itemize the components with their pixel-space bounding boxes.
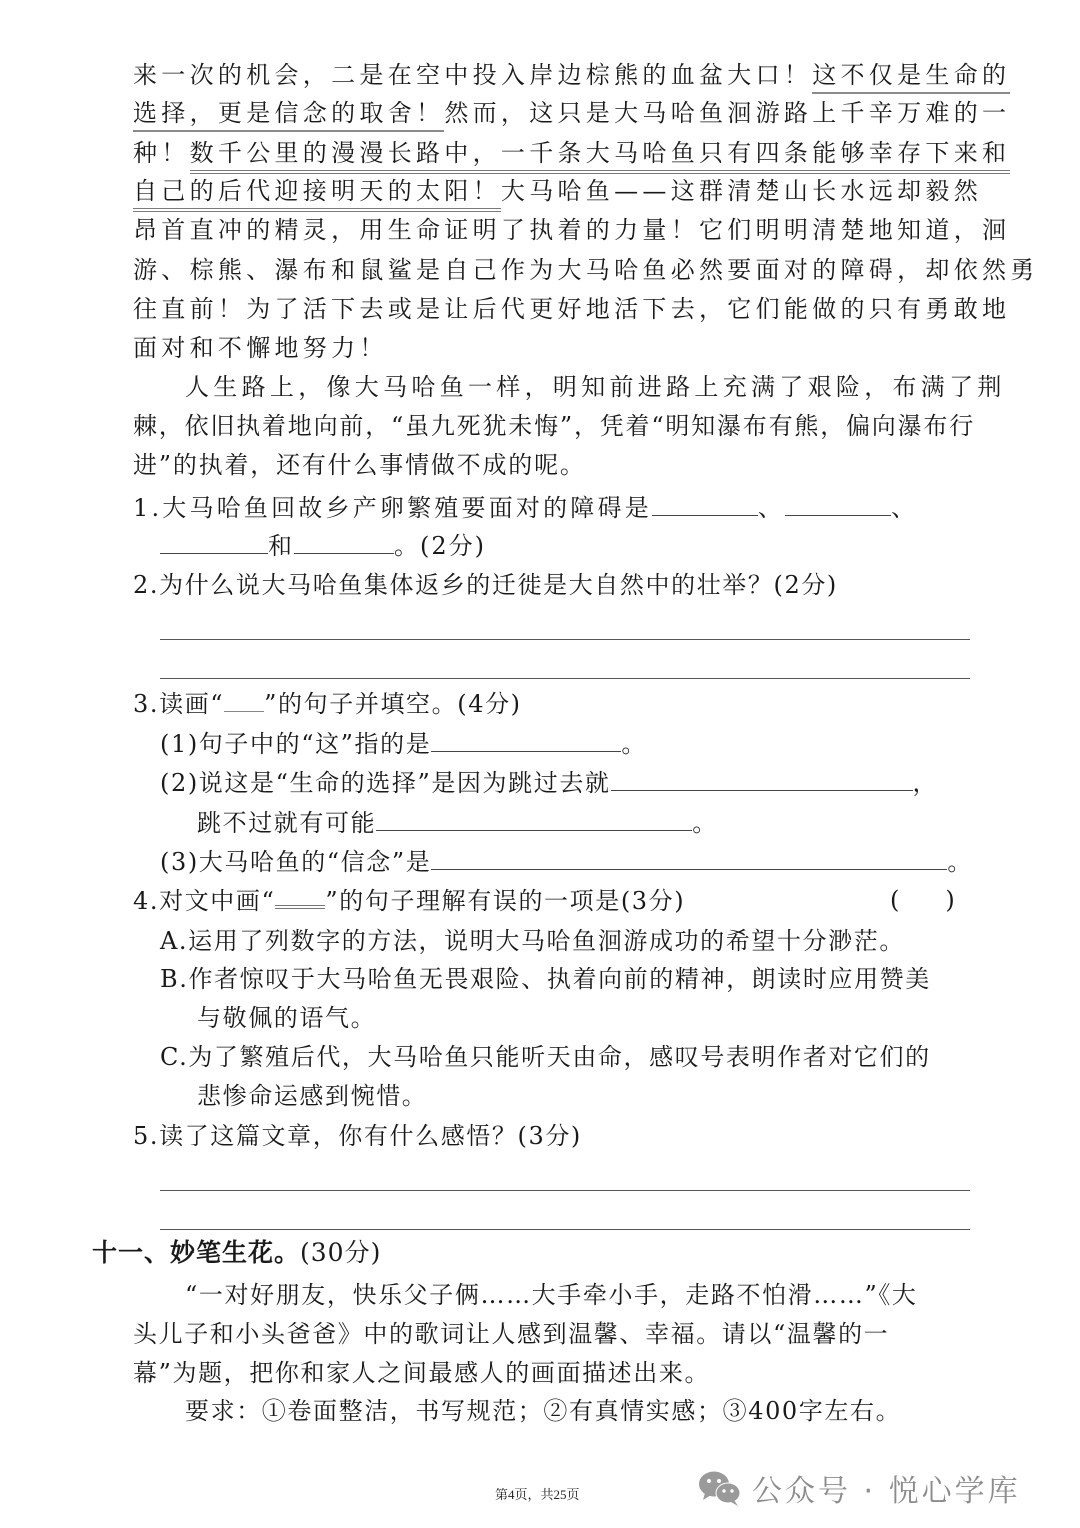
answer-blank-3-3[interactable]	[431, 844, 947, 870]
section-score: (30分)	[300, 1238, 381, 1267]
essay-prompt-line-3: 幕”为题，把你和家人之间最感人的画面描述出来。	[133, 1356, 973, 1390]
sub-question-text: (2)说这是“生命的选择”是因为跳过去就	[160, 769, 611, 797]
question-4: 4.对文中画“”的句子理解有误的一项是(3分)	[133, 883, 973, 917]
answer-blank-2[interactable]	[785, 490, 891, 516]
question-1: 1.大马哈鱼回故乡产卵繁殖要面对的障碍是、、	[133, 490, 973, 524]
answer-blank-3-2b[interactable]	[376, 805, 692, 831]
answer-blank-3-1[interactable]	[431, 726, 621, 752]
passage-text: 来一次的机会，二是在空中投入岸边棕熊的血盆大口！	[133, 61, 812, 89]
answer-line-q5-2[interactable]	[160, 1229, 970, 1230]
passage-line-5: 昂首直冲的精灵，用生命证明了执着的力量！它们明明清楚地知道，洄	[133, 213, 973, 247]
passage-line-3: 种！数千公里的漫漫长路中，一千条大马哈鱼只有四条能够幸存下来和	[133, 136, 973, 170]
period: 。	[947, 848, 973, 876]
double-underline-sample	[275, 883, 325, 909]
page-number: 第4页，共25页	[495, 1484, 580, 1503]
passage-line-6: 游、棕熊、瀑布和鼠鲨是自己作为大马哈鱼必然要面对的障碍，却依然勇	[133, 253, 973, 287]
section-title-text: 十一、妙笔生花。	[92, 1238, 300, 1267]
essay-requirements: 要求：①卷面整洁，书写规范；②有真情实感；③400字左右。	[185, 1394, 975, 1428]
passage-line-4: 自己的后代迎接明天的太阳！大马哈鱼——这群清楚山长水远却毅然	[133, 174, 973, 208]
watermark: 公众号 · 悦心学库	[698, 1466, 1021, 1510]
question-score: 。(2分)	[394, 532, 486, 560]
sub-question-text: 跳不过就有可能	[197, 809, 376, 837]
option-b: B.作者惊叹于大马哈鱼无畏艰险、执着向前的精神，朗读时应用赞美	[160, 962, 1000, 996]
question-1-text: 1.大马哈鱼回故乡产卵繁殖要面对的障碍是	[133, 494, 652, 522]
underlined-sentence-double: 数千公里的漫漫长路中，一千条大马哈鱼只有四条能够幸存下来和	[190, 139, 1011, 174]
passage-line-2: 选择，更是信念的取舍！然而，这只是大马哈鱼洄游路上千辛万难的一	[133, 96, 973, 130]
passage-line-7: 往直前！为了活下去或是让后代更好地活下去，它们能做的只有勇敢地	[133, 292, 973, 326]
separator: 、	[891, 494, 918, 522]
question-3-sub2: (2)说这是“生命的选择”是因为跳过去就，	[160, 765, 1000, 799]
exam-page: 来一次的机会，二是在空中投入岸边棕熊的血盆大口！这不仅是生命的 选择，更是信念的…	[0, 0, 1080, 1528]
option-c: C.为了繁殖后代，大马哈鱼只能听天由命，感叹号表明作者对它们的	[160, 1040, 1000, 1074]
section-11-title: 十一、妙笔生花。(30分)	[92, 1236, 381, 1270]
option-c-cont: 悲惨命运感到惋惜。	[197, 1079, 1037, 1113]
wechat-icon	[698, 1469, 742, 1507]
question-3-sub3: (3)大马哈鱼的“信念”是。	[160, 844, 1000, 878]
answer-blank-4[interactable]	[294, 528, 394, 554]
question-5: 5.读了这篇文章，你有什么感悟？(3分)	[133, 1119, 973, 1153]
option-b-cont: 与敬佩的语气。	[197, 1001, 1037, 1035]
question-3-prefix: 3.读画“	[133, 690, 224, 718]
question-1-cont: 和。(2分)	[160, 528, 1000, 562]
answer-line-q5-1[interactable]	[160, 1190, 970, 1191]
question-4-suffix: ”的句子理解有误的一项是(3分)	[325, 887, 685, 915]
question-3-sub2-cont: 跳不过就有可能。	[197, 805, 1037, 839]
question-2: 2.为什么说大马哈鱼集体返乡的迁徙是大自然中的壮举？(2分)	[133, 568, 973, 602]
answer-blank-3[interactable]	[160, 528, 268, 554]
answer-line-q2-2[interactable]	[160, 678, 970, 679]
period: 。	[621, 730, 647, 758]
conjunction: 和	[268, 532, 294, 560]
paren-close: )	[945, 886, 954, 914]
watermark-text: 公众号 · 悦心学库	[752, 1466, 1021, 1510]
passage-para2-line-1: 人生路上，像大马哈鱼一样，明知前进路上充满了艰险，布满了荆	[185, 370, 975, 404]
separator: 、	[758, 494, 785, 522]
question-3-sub1: (1)句子中的“这”指的是。	[160, 726, 1000, 760]
single-underline-sample	[224, 686, 264, 712]
question-3: 3.读画“”的句子并填空。(4分)	[133, 686, 973, 720]
sub-question-text: (1)句子中的“这”指的是	[160, 730, 431, 758]
passage-line-1: 来一次的机会，二是在空中投入岸边棕熊的血盆大口！这不仅是生命的	[133, 58, 973, 92]
passage-para2-line-3: 进”的执着，还有什么事情做不成的呢。	[133, 448, 973, 482]
passage-text: 大马哈鱼——这群清楚山长水远却毅然	[501, 177, 982, 205]
comma: ，	[913, 769, 939, 797]
period: 。	[692, 809, 718, 837]
option-a: A.运用了列数字的方法，说明大马哈鱼洄游成功的希望十分渺茫。	[160, 924, 1000, 958]
essay-prompt-line-2: 头儿子和小头爸爸》中的歌词让人感到温馨、幸福。请以“温馨的一	[133, 1317, 973, 1351]
answer-blank-3-2a[interactable]	[611, 765, 913, 791]
underlined-sentence-double: 自己的后代迎接明天的太阳！	[133, 177, 501, 212]
answer-choice-box[interactable]: ()	[890, 883, 955, 917]
passage-text: 然而，这只是大马哈鱼洄游路上千辛万难的一	[444, 99, 1010, 127]
answer-blank-1[interactable]	[652, 490, 758, 516]
passage-line-8: 面对和不懈地努力！	[133, 331, 973, 365]
passage-para2-line-2: 棘，依旧执着地向前，“虽九死犹未悔”，凭着“明知瀑布有熊，偏向瀑布行	[133, 409, 973, 443]
sub-question-text: (3)大马哈鱼的“信念”是	[160, 848, 431, 876]
underlined-sentence-single: 选择，更是信念的取舍！	[133, 99, 444, 132]
underlined-sentence-single: 这不仅是生命的	[812, 61, 1010, 94]
answer-line-q2-1[interactable]	[160, 639, 970, 640]
paren-open: (	[890, 886, 899, 914]
question-4-prefix: 4.对文中画“	[133, 887, 275, 915]
passage-text: 种！	[133, 139, 190, 167]
question-3-suffix: ”的句子并填空。(4分)	[264, 690, 521, 718]
essay-prompt-line-1: “一对好朋友，快乐父子俩……大手牵小手，走路不怕滑……”《大	[185, 1278, 975, 1312]
